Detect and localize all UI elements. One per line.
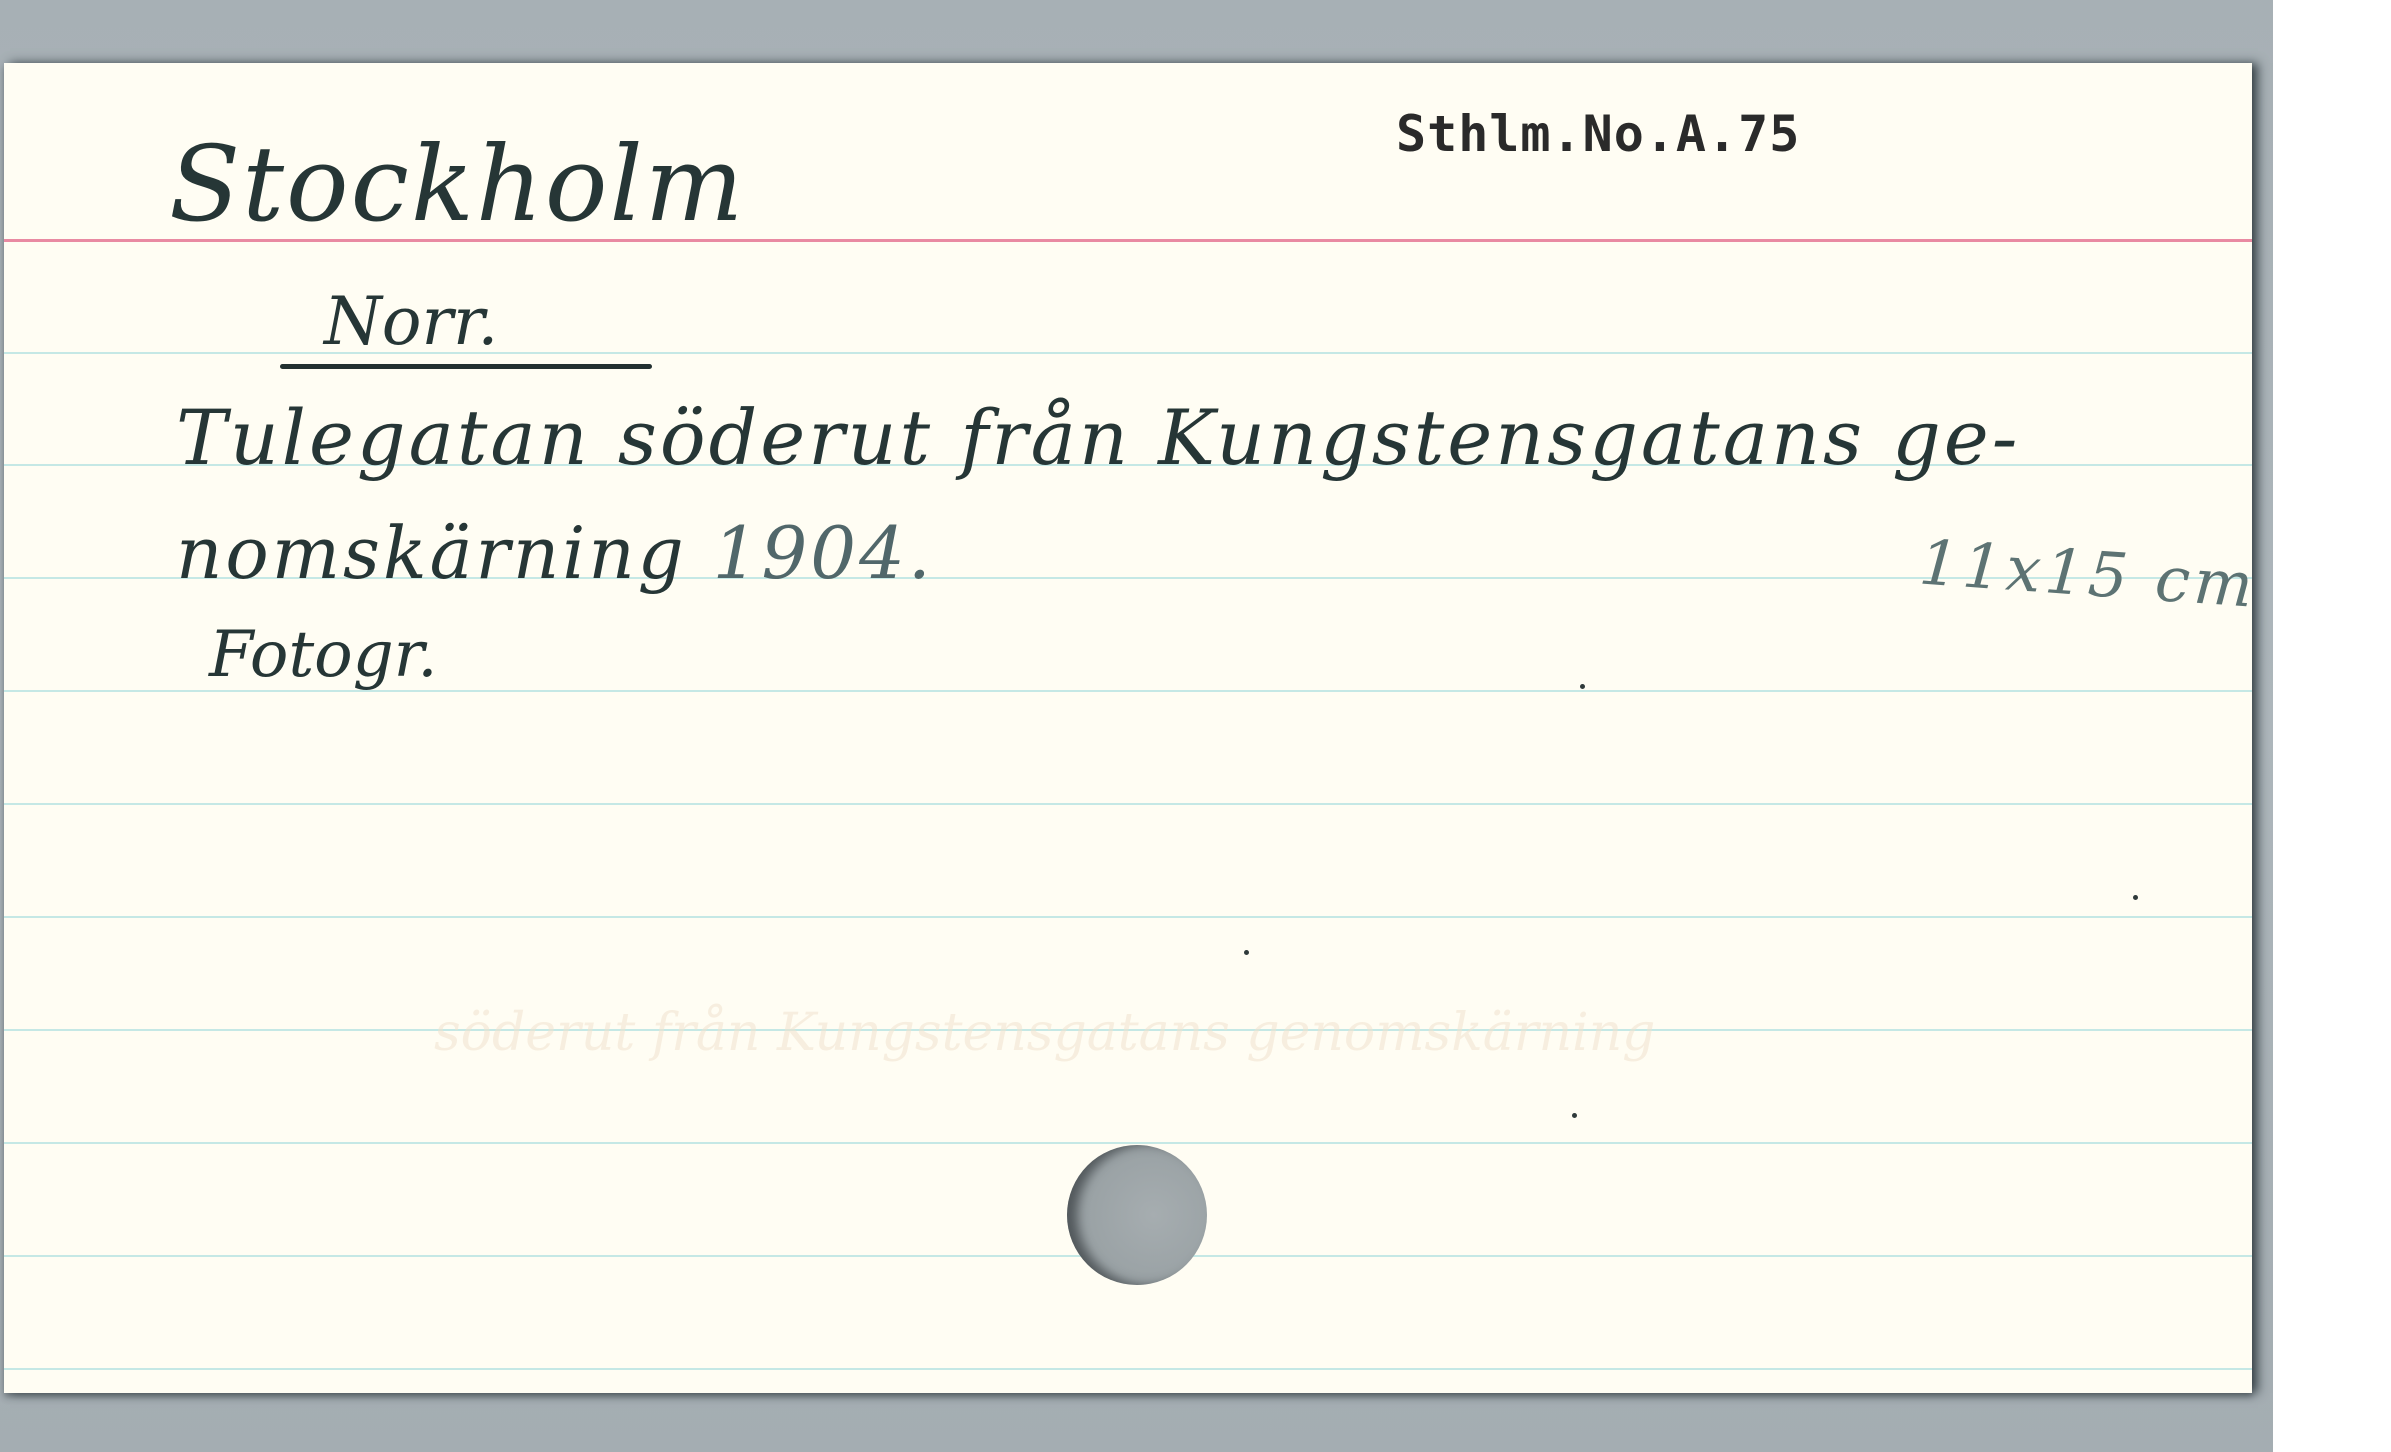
ink-speck [1580, 684, 1585, 689]
bleed-through-text: söderut från Kungstensgatans genomskärni… [434, 1003, 1655, 1063]
city-heading: Stockholm [169, 123, 745, 245]
ink-speck [1244, 950, 1249, 955]
description-line-2-text: nomskärning [176, 511, 687, 595]
description-line-2: nomskärning 1904. [176, 511, 934, 595]
item-type: Fotogr. [209, 618, 438, 692]
punch-hole [1067, 1145, 1207, 1285]
catalog-number: Sthlm.No.A.75 [1396, 105, 1800, 163]
ink-speck [1572, 1113, 1577, 1118]
district-underline [280, 364, 652, 369]
ruled-line [4, 1368, 2252, 1370]
ink-speck [2133, 895, 2138, 900]
district-label: Norr. [324, 283, 498, 360]
description-line-1: Tulegatan söderut från Kungstensgatans g… [176, 393, 2020, 482]
dimensions: 11x15 cm. [1917, 525, 2252, 623]
ruled-line [4, 803, 2252, 805]
ruled-line [4, 916, 2252, 918]
ruled-line [4, 1142, 2252, 1144]
date: 1904. [713, 511, 934, 595]
index-card: Sthlm.No.A.75 Stockholm Norr. Tulegatan … [4, 63, 2252, 1393]
